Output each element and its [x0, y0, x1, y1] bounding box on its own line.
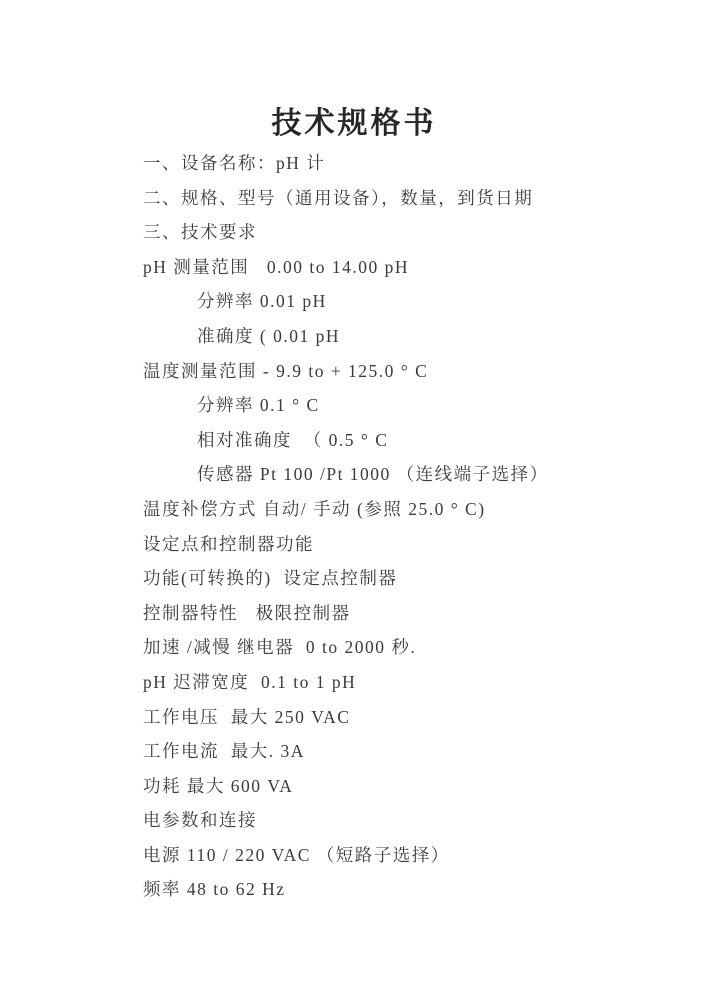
spec-line-working-current: 工作电流 最大. 3A [143, 734, 663, 769]
spec-line-tech-requirements: 三、技术要求 [143, 215, 663, 250]
spec-line-temp-compensation: 温度补偿方式 自动/ 手动 (参照 25.0 ° C) [143, 492, 663, 527]
spec-line-device-name: 一、设备名称：pH 计 [143, 146, 663, 181]
document-body: 一、设备名称：pH 计 二、规格、型号（通用设备），数量，到货日期 三、技术要求… [143, 146, 663, 907]
spec-line-power-supply: 电源 110 / 220 VAC （短路子选择） [143, 838, 663, 873]
spec-line-ph-range: pH 测量范围 0.00 to 14.00 pH [143, 250, 663, 285]
spec-line-ph-resolution: 分辨率 0.01 pH [143, 284, 663, 319]
spec-line-working-voltage: 工作电压 最大 250 VAC [143, 700, 663, 735]
spec-line-controller-type: 控制器特性 极限控制器 [143, 596, 663, 631]
spec-line-power-consumption: 功耗 最大 600 VA [143, 769, 663, 804]
spec-line-electrical-header: 电参数和连接 [143, 803, 663, 838]
spec-line-frequency: 频率 48 to 62 Hz [143, 872, 663, 907]
spec-line-model-quantity: 二、规格、型号（通用设备），数量，到货日期 [143, 181, 663, 216]
spec-line-function: 功能(可转换的) 设定点控制器 [143, 561, 663, 596]
spec-line-temp-resolution: 分辨率 0.1 ° C [143, 388, 663, 423]
spec-line-temp-accuracy: 相对准确度 （ 0.5 ° C [143, 423, 663, 458]
spec-line-relay-delay: 加速 /减慢 继电器 0 to 2000 秒. [143, 630, 663, 665]
document-title: 技术规格书 [0, 98, 708, 142]
spec-line-ph-hysteresis: pH 迟滞宽度 0.1 to 1 pH [143, 665, 663, 700]
spec-line-sensor: 传感器 Pt 100 /Pt 1000 （连线端子选择） [143, 457, 663, 492]
spec-line-temp-range: 温度测量范围 - 9.9 to + 125.0 ° C [143, 354, 663, 389]
spec-line-setpoint-header: 设定点和控制器功能 [143, 527, 663, 562]
spec-line-ph-accuracy: 准确度 ( 0.01 pH [143, 319, 663, 354]
document-page: 技术规格书 一、设备名称：pH 计 二、规格、型号（通用设备），数量，到货日期 … [0, 0, 708, 1000]
